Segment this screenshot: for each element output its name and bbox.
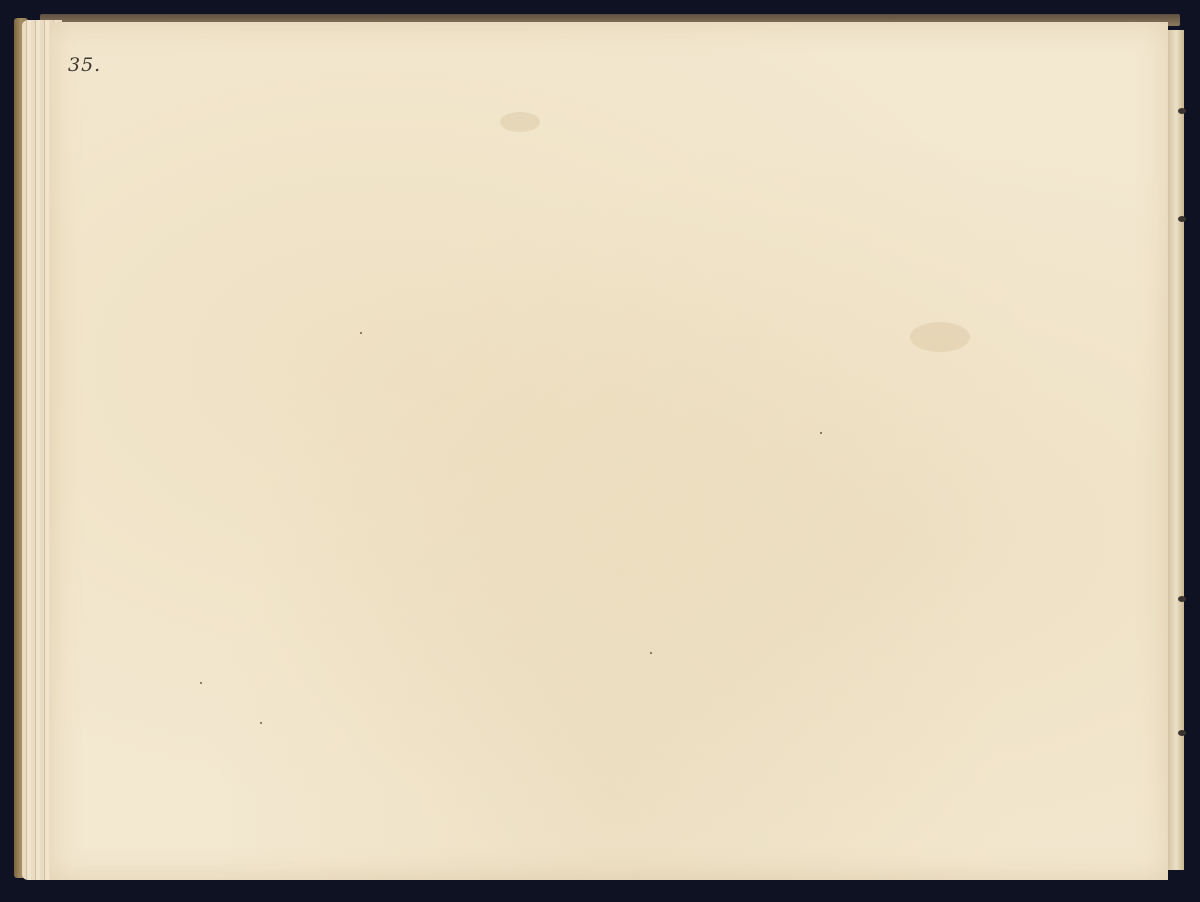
binding-nail xyxy=(1178,596,1186,602)
paper-speck xyxy=(820,432,822,434)
paper-speck xyxy=(360,332,362,334)
paper-stain xyxy=(500,112,540,132)
paper-stain xyxy=(910,322,970,352)
paper-speck xyxy=(200,682,202,684)
blank-page xyxy=(50,22,1168,880)
handwritten-page-number: 35. xyxy=(68,54,101,76)
binding-nail xyxy=(1178,730,1186,736)
binding-nail xyxy=(1178,216,1186,222)
book-scan: 35. xyxy=(0,0,1200,902)
paper-speck xyxy=(650,652,652,654)
paper-speck xyxy=(260,722,262,724)
binding-nail xyxy=(1178,108,1186,114)
